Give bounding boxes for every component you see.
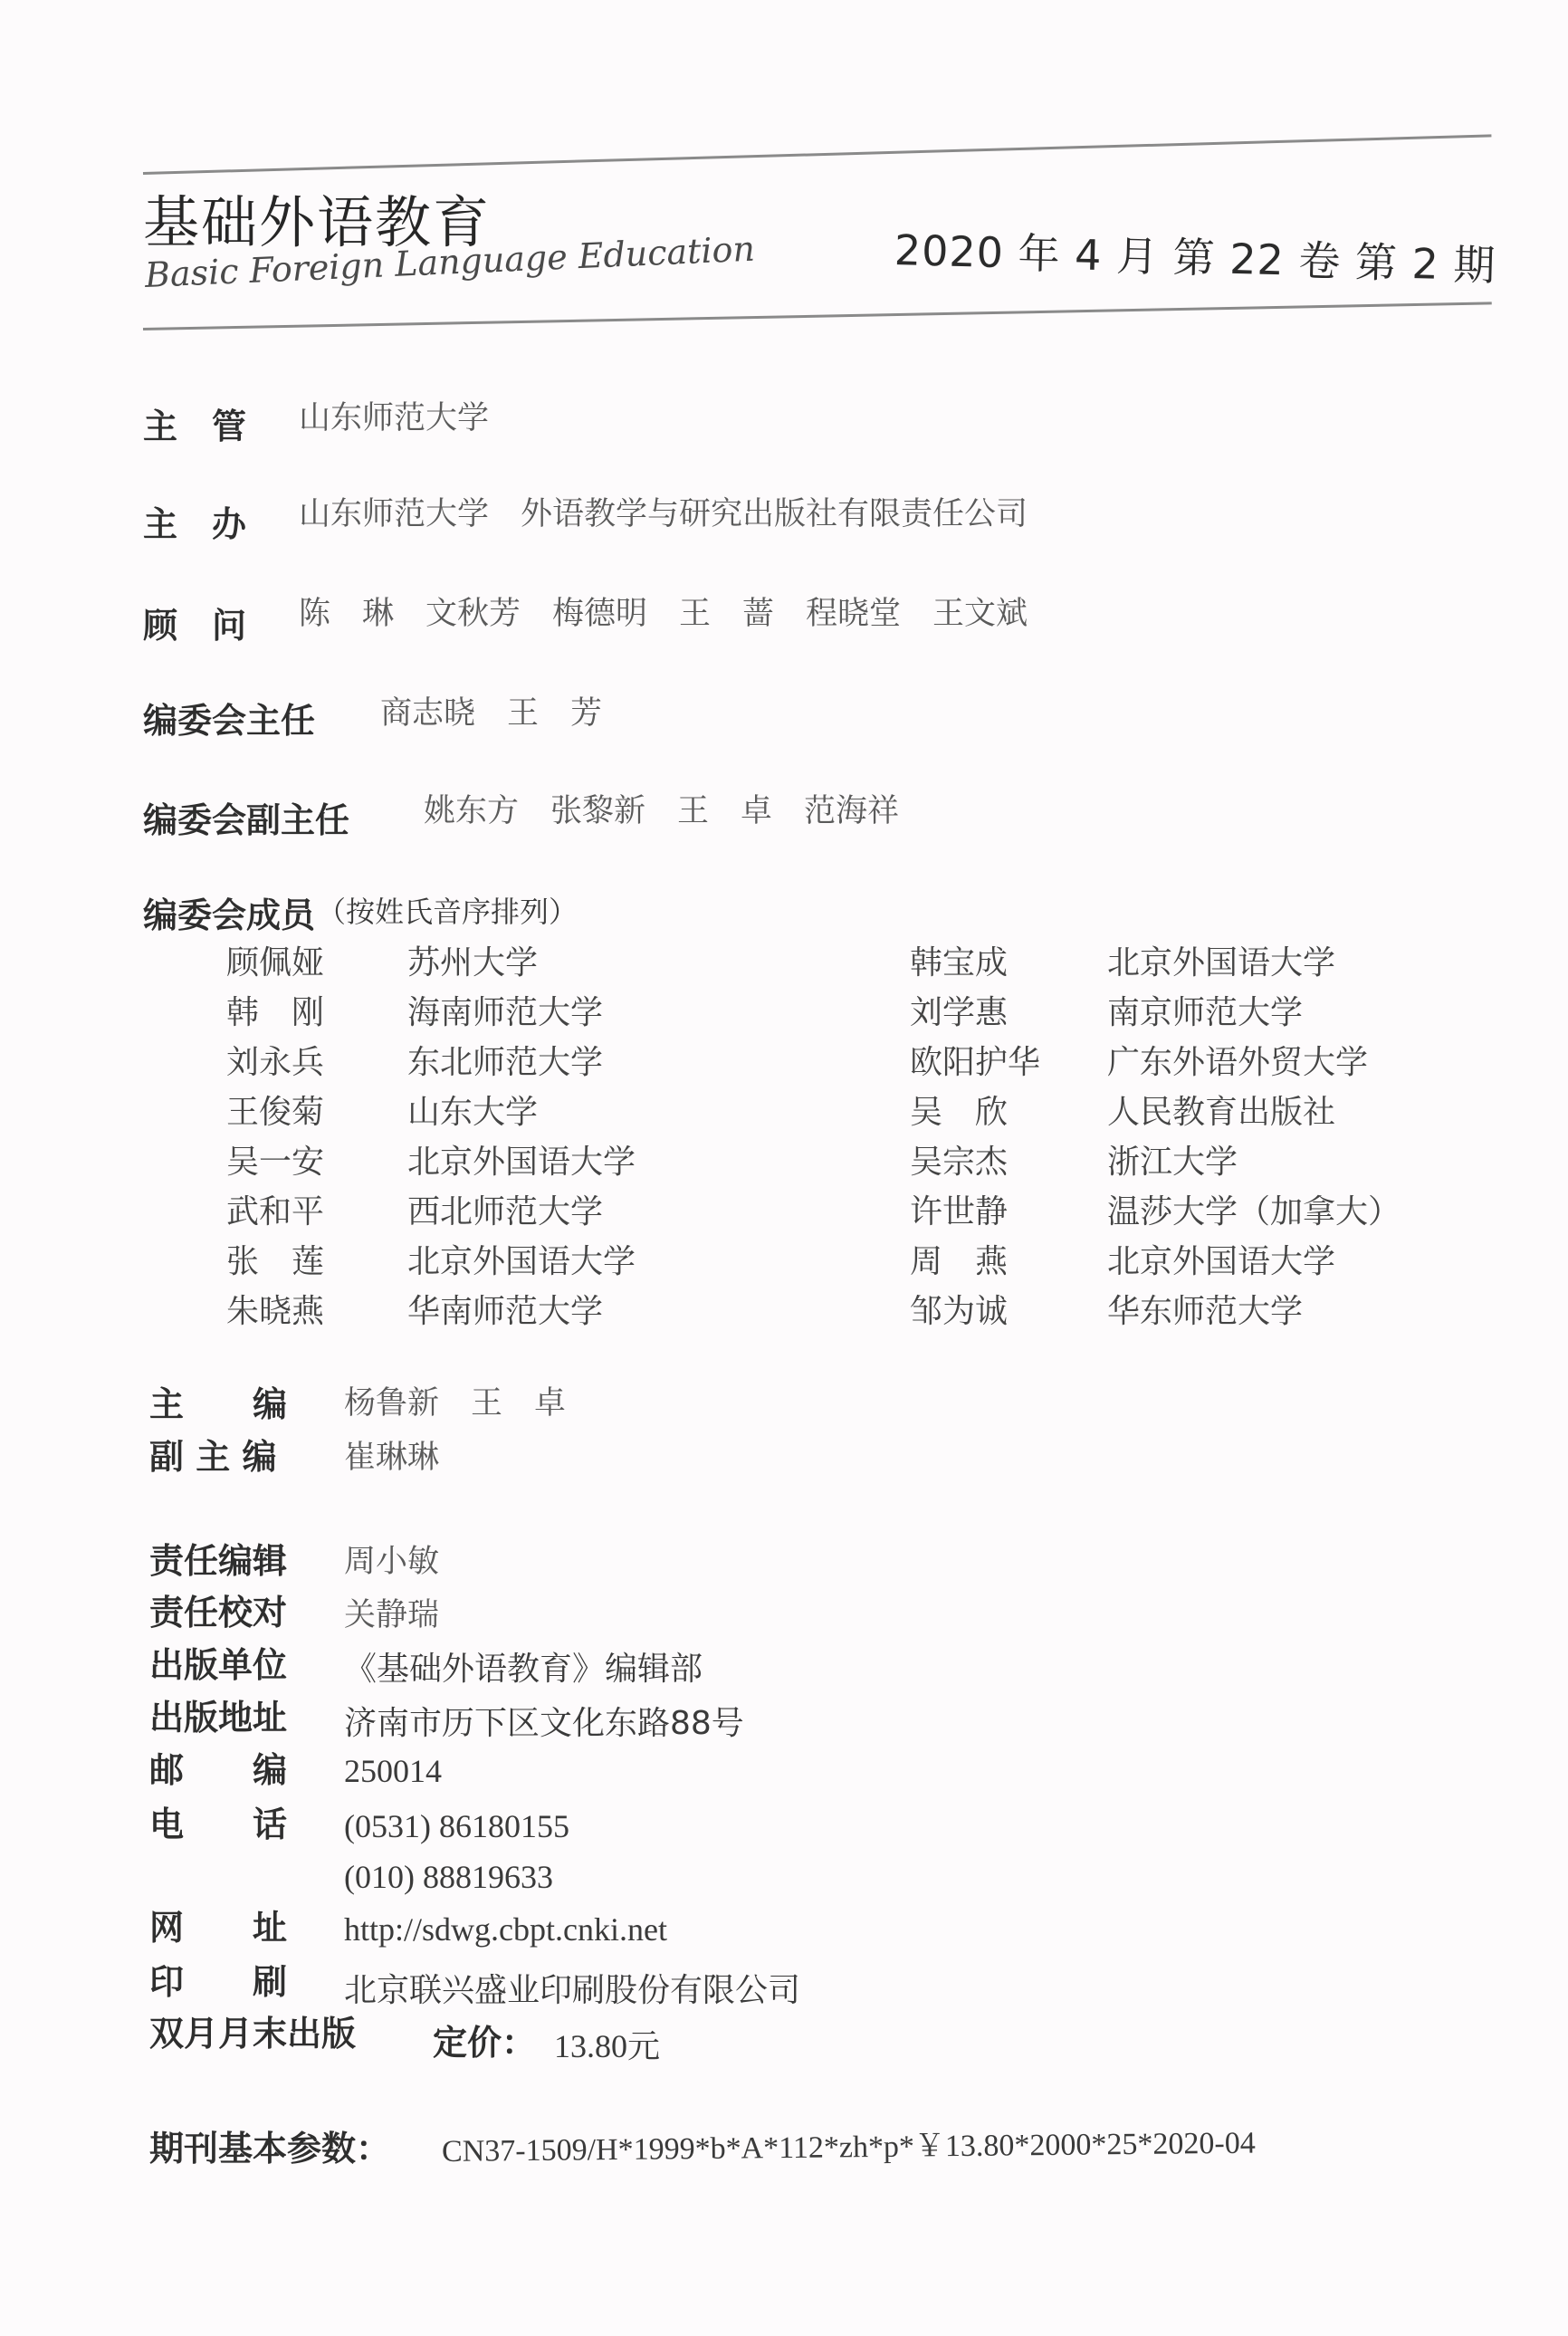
parameters-label: 期刊基本参数： [149,2121,390,2170]
member-name: 王俊菊 [226,1087,324,1133]
member-affiliation: 西北师范大学 [407,1186,603,1232]
board-director-label: 编委会主任 [143,693,315,742]
member-affiliation: 北京外国语大学 [407,1136,636,1182]
member-name: 吴一安 [226,1136,324,1182]
sponsor-label: 主 办 [143,496,246,546]
publisher-value: 《基础外语教育》编辑部 [344,1643,703,1690]
masthead-top-rule [143,134,1492,175]
masthead-bottom-rule [143,302,1492,330]
address-value: 济南市历下区文化东路88号 [344,1698,744,1744]
supervisor-value: 山东师范大学 [299,393,489,438]
printer-value: 北京联兴盛业印刷股份有限公司 [344,1965,800,2011]
member-affiliation: 华东师范大学 [1107,1286,1303,1332]
member-name: 韩宝成 [910,937,1008,983]
issue-info: 2020 年 4 月 第 22 卷 第 2 期 [894,217,1496,292]
member-affiliation: 苏州大学 [407,937,538,983]
board-members-label: 编委会成员 [143,887,315,937]
phone-value-1: (0531) 86180155 [344,1807,569,1845]
member-name: 刘学惠 [910,987,1008,1033]
chief-editor-label: 主 编 [149,1376,287,1426]
deputy-chief-editor-label: 副 主 编 [149,1429,276,1479]
board-director-value: 商志晓 王 芳 [380,688,602,733]
responsible-editor-label: 责任编辑 [149,1533,287,1583]
advisors-label: 顾 问 [143,598,246,647]
postcode-label: 邮 编 [149,1742,287,1792]
phone-value-2: (010) 88819633 [344,1858,553,1896]
website-label: 网 址 [149,1900,287,1949]
board-deputy-director-label: 编委会副主任 [143,792,349,842]
publisher-label: 出版单位 [149,1637,287,1687]
member-affiliation: 广东外语外贸大学 [1107,1037,1368,1083]
member-name: 许世静 [910,1186,1008,1232]
price-value: 13.80元 [554,2021,660,2067]
phone-label: 电 话 [149,1796,287,1846]
member-affiliation: 南京师范大学 [1107,987,1303,1033]
board-members-note: （按姓氏音序排列） [317,889,578,931]
member-affiliation: 东北师范大学 [407,1037,603,1083]
member-name: 顾佩娅 [226,937,324,983]
member-name: 张 莲 [226,1236,324,1282]
proofreader-value: 关静瑞 [344,1590,439,1635]
member-affiliation: 华南师范大学 [407,1286,603,1332]
member-name: 朱晓燕 [226,1286,324,1332]
member-affiliation: 北京外国语大学 [407,1236,636,1282]
proofreader-label: 责任校对 [149,1584,287,1634]
price-label: 定价： [433,2015,536,2064]
frequency: 双月月末出版 [149,2006,356,2055]
address-label: 出版地址 [149,1690,287,1739]
supervisor-label: 主 管 [143,398,246,448]
sponsor-value: 山东师范大学 外语教学与研究出版社有限责任公司 [299,489,1028,534]
member-name: 欧阳护华 [910,1037,1040,1083]
member-affiliation: 人民教育出版社 [1107,1087,1335,1133]
advisors-value: 陈 琳 文秋芳 梅德明 王 蔷 程晓堂 王文斌 [299,589,1028,634]
member-affiliation: 山东大学 [407,1087,538,1133]
member-name: 韩 刚 [226,987,324,1033]
member-affiliation: 北京外国语大学 [1107,937,1335,983]
member-name: 武和平 [226,1186,324,1232]
printer-label: 印 刷 [149,1954,287,2004]
chief-editor-value: 杨鲁新 王 卓 [344,1378,566,1423]
postcode-value: 250014 [344,1752,442,1790]
member-name: 吴 欣 [910,1087,1008,1133]
parameters-value: CN37-1509/H*1999*b*A*112*zh*p*￥13.80*200… [442,2118,1256,2170]
member-affiliation: 浙江大学 [1107,1136,1238,1182]
member-name: 刘永兵 [226,1037,324,1083]
board-deputy-director-value: 姚东方 张黎新 王 卓 范海祥 [424,786,899,831]
member-affiliation: 海南师范大学 [407,987,603,1033]
member-name: 邹为诚 [910,1286,1008,1332]
member-name: 吴宗杰 [910,1136,1008,1182]
responsible-editor-value: 周小敏 [344,1537,439,1582]
website-value: http://sdwg.cbpt.cnki.net [344,1910,667,1948]
member-affiliation: 北京外国语大学 [1107,1236,1335,1282]
deputy-chief-editor-value: 崔琳琳 [344,1432,439,1478]
member-affiliation: 温莎大学（加拿大） [1107,1186,1401,1232]
member-name: 周 燕 [910,1236,1008,1282]
